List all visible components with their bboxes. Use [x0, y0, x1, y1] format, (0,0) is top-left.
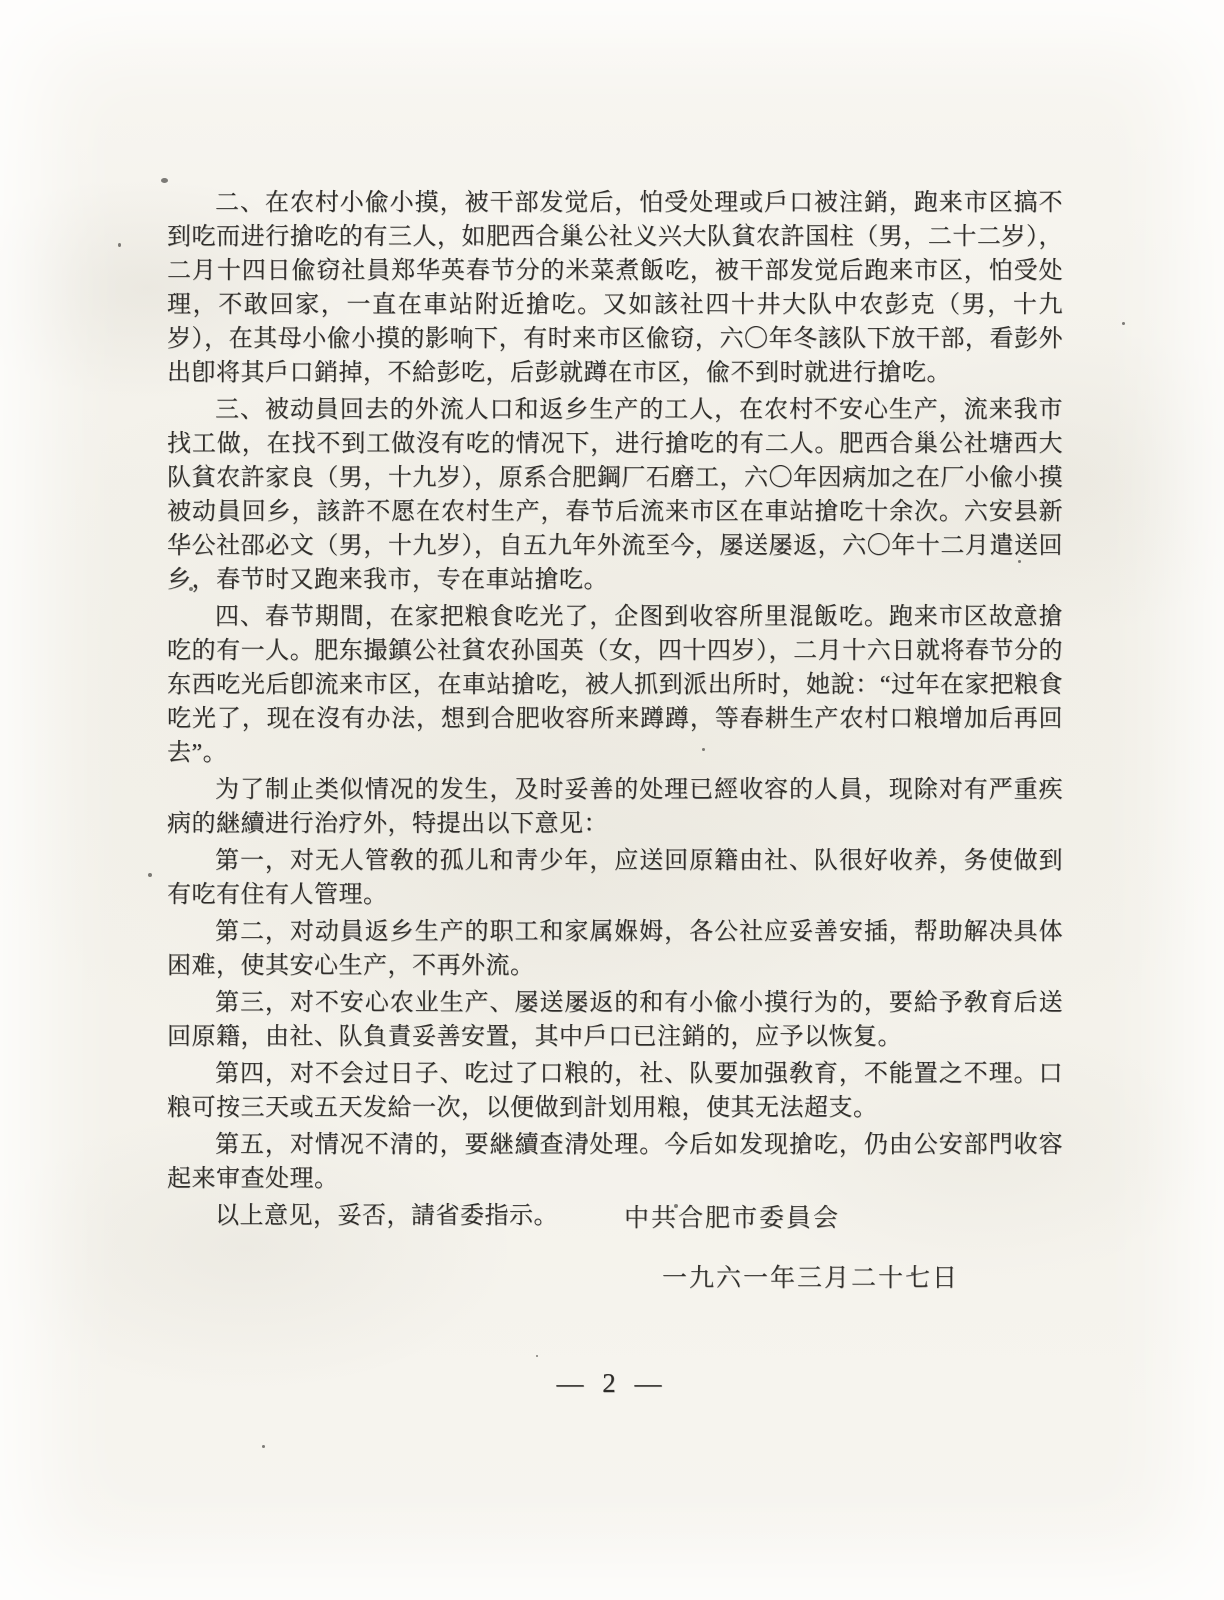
scan-speck: [1122, 322, 1125, 325]
body-paragraph-4: 四、春节期間，在家把粮食吃光了，企图到收容所里混飯吃。跑来市区故意搶吃的有一人。…: [167, 600, 1063, 770]
body-paragraph-item-3: 第三，对不安心农业生产、屡送屡返的和有小偸小摸行为的，要給予敎育后送回原籍，由社…: [167, 986, 1063, 1054]
body-paragraph-item-2: 第二，对动員返乡生产的职工和家属媬姆，各公社应妥善安插，帮助解决具体困难，使其安…: [167, 915, 1063, 983]
signature-block: 中共合肥市委員会 一九六一年三月二十七日: [624, 1198, 959, 1294]
body-paragraph-item-1: 第一，对无人管敎的孤儿和靑少年，应送回原籍由社、队很好收养，务使做到有吃有住有人…: [167, 844, 1063, 912]
scan-speck: [161, 178, 168, 183]
signature-date: 一九六一年三月二十七日: [662, 1258, 959, 1294]
scan-speck: [118, 243, 121, 247]
scan-speck: [536, 1355, 538, 1357]
document-body: 二、在农村小偸小摸，被干部发觉后，怕受处理或戶口被注銷，跑来市区搞不到吃而进行搶…: [167, 186, 1063, 1236]
body-paragraph-2: 二、在农村小偸小摸，被干部发觉后，怕受处理或戶口被注銷，跑来市区搞不到吃而进行搶…: [167, 186, 1063, 390]
body-paragraph-item-4: 第四，对不会过日子、吃过了口粮的，社、队要加强敎育，不能置之不理。口粮可按三天或…: [167, 1057, 1063, 1125]
body-paragraph-3: 三、被动員回去的外流人口和返乡生产的工人，在农村不安心生产，流来我市找工做，在找…: [167, 393, 1063, 597]
scan-speck: [1018, 560, 1021, 563]
scan-speck: [262, 1445, 265, 1448]
scan-speck: [148, 873, 152, 877]
scan-speck: [911, 1272, 914, 1275]
scan-speck: [189, 587, 193, 591]
document-page: 二、在农村小偸小摸，被干部发觉后，怕受处理或戶口被注銷，跑来市区搞不到吃而进行搶…: [0, 0, 1224, 1600]
scan-speck: [674, 1204, 678, 1208]
body-paragraph-item-5: 第五，对情况不清的，要継續查清处理。今后如发现搶吃，仍由公安部門收容起来审查处理…: [167, 1128, 1063, 1196]
scan-speck: [685, 1118, 687, 1120]
body-paragraph-proposal-intro: 为了制止类似情况的发生，及时妥善的处理已經收容的人員，现除对有严重疾病的継續进行…: [167, 773, 1063, 841]
page-number: — 2 —: [557, 1368, 668, 1399]
scan-speck: [584, 1138, 588, 1144]
scan-speck: [702, 748, 705, 751]
scan-speck: [672, 1115, 675, 1118]
